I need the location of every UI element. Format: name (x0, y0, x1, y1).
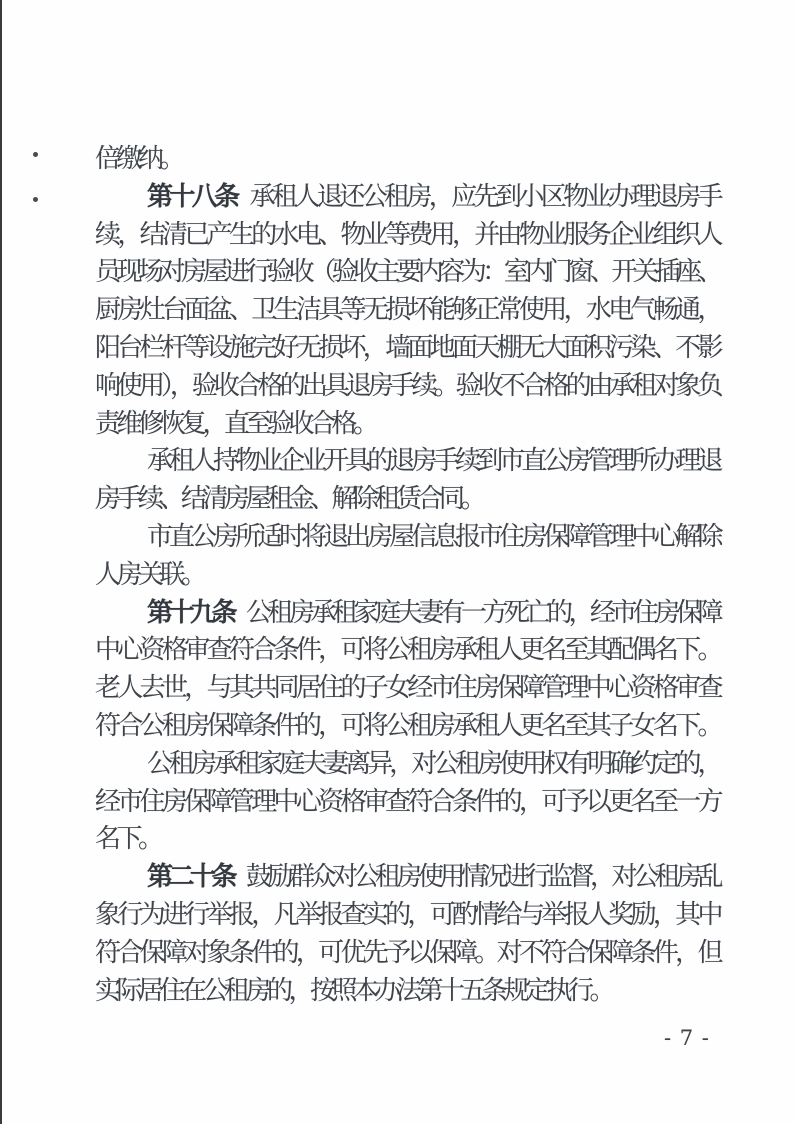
article-number: 第十九条 (147, 598, 233, 628)
text-line: 符合公租房保障条件的，可将公租房承租人更名至其子女名下。 (95, 708, 719, 746)
line-text: 续，结清已产生的水电、物业等费用，并由物业服务企业组织人 (95, 220, 719, 250)
line-text: 名下。 (95, 824, 160, 854)
line-text: 厨房灶台面盆、卫生洁具等无损坏能够正常使用，水电气畅通， (95, 295, 719, 325)
text-line: 实际居住在公租房的，按照本办法第十五条规定执行。 (95, 973, 719, 1011)
line-text: 老人去世，与其共同居住的子女经市住房保障管理中心资格审查 (95, 673, 719, 703)
text-line: 倍缴纳。 (95, 141, 719, 179)
article-number: 第十八条 (147, 182, 237, 212)
line-text: 符合保障对象条件的，可优先予以保障。对不符合保障条件，但 (95, 938, 719, 968)
line-text: 承租人退还公租房，应先到小区物业办理退房手 (250, 182, 719, 212)
text-line: 市直公房所适时将退出房屋信息报市住房保障管理中心解除 (95, 519, 719, 557)
article-number: 第二十条 (147, 862, 233, 892)
text-line: 第十九条公租房承租家庭夫妻有一方死亡的，经市住房保障 (95, 595, 719, 633)
line-text: 响使用），验收合格的出具退房手续。验收不合格的由承租对象负 (95, 371, 719, 401)
text-line: 名下。 (95, 821, 719, 859)
page-number: - 7 - (664, 1026, 754, 1050)
line-text: 阳台栏杆等设施完好无损坏，墙面地面天棚无大面积污染、不影 (95, 333, 719, 363)
text-line: 公租房承租家庭夫妻离异，对公租房使用权有明确约定的， (95, 746, 719, 784)
margin-dot (33, 197, 38, 202)
document-text: 倍缴纳。第十八条承租人退还公租房，应先到小区物业办理退房手续，结清已产生的水电、… (95, 141, 719, 1010)
line-text: 公租房承租家庭夫妻有一方死亡的，经市住房保障 (246, 598, 719, 628)
text-line: 响使用），验收合格的出具退房手续。验收不合格的由承租对象负 (95, 368, 719, 406)
text-line: 中心资格审查符合条件，可将公租房承租人更名至其配偶名下。 (95, 632, 719, 670)
text-line: 员现场对房屋进行验收（验收主要内容为：室内门窗、开关插座、 (95, 254, 719, 292)
text-line: 续，结清已产生的水电、物业等费用，并由物业服务企业组织人 (95, 217, 719, 255)
line-text: 员现场对房屋进行验收（验收主要内容为：室内门窗、开关插座、 (95, 257, 719, 287)
text-line: 符合保障对象条件的，可优先予以保障。对不符合保障条件，但 (95, 935, 719, 973)
line-text: 人房关联。 (95, 560, 203, 590)
text-line: 承租人持物业企业开具的退房手续到市直公房管理所办理退 (95, 443, 719, 481)
text-line: 人房关联。 (95, 557, 719, 595)
text-line: 老人去世，与其共同居住的子女经市住房保障管理中心资格审查 (95, 670, 719, 708)
margin-dot (33, 152, 38, 157)
line-text: 象行为进行举报，凡举报查实的，可酌情给与举报人奖励，其中 (95, 900, 719, 930)
line-text: 承租人持物业企业开具的退房手续到市直公房管理所办理退 (147, 446, 719, 476)
line-text: 经市住房保障管理中心资格审查符合条件的，可予以更名至一方 (95, 787, 719, 817)
text-line: 房手续、结清房屋租金、解除租赁合同。 (95, 481, 719, 519)
text-line: 责维修恢复，直至验收合格。 (95, 406, 719, 444)
line-text: 倍缴纳。 (95, 144, 181, 174)
line-text: 实际居住在公租房的，按照本办法第十五条规定执行。 (95, 976, 611, 1006)
line-text: 鼓励群众对公租房使用情况进行监督，对公租房乱 (246, 862, 719, 892)
line-text: 公租房承租家庭夫妻离异，对公租房使用权有明确约定的， (147, 749, 719, 779)
scanned-document-page: 倍缴纳。第十八条承租人退还公租房，应先到小区物业办理退房手续，结清已产生的水电、… (0, 0, 796, 1124)
scan-edge-artifact (0, 0, 2, 1124)
line-text: 中心资格审查符合条件，可将公租房承租人更名至其配偶名下。 (95, 635, 719, 665)
text-line: 象行为进行举报，凡举报查实的，可酌情给与举报人奖励，其中 (95, 897, 719, 935)
text-line: 经市住房保障管理中心资格审查符合条件的，可予以更名至一方 (95, 784, 719, 822)
text-line: 阳台栏杆等设施完好无损坏，墙面地面天棚无大面积污染、不影 (95, 330, 719, 368)
line-text: 房手续、结清房屋租金、解除租赁合同。 (95, 484, 482, 514)
line-text: 责维修恢复，直至验收合格。 (95, 409, 375, 439)
text-line: 第十八条承租人退还公租房，应先到小区物业办理退房手 (95, 179, 719, 217)
text-line: 厨房灶台面盆、卫生洁具等无损坏能够正常使用，水电气畅通， (95, 292, 719, 330)
line-text: 符合公租房保障条件的，可将公租房承租人更名至其子女名下。 (95, 711, 719, 741)
line-text: 市直公房所适时将退出房屋信息报市住房保障管理中心解除 (147, 522, 719, 552)
text-line: 第二十条鼓励群众对公租房使用情况进行监督，对公租房乱 (95, 859, 719, 897)
